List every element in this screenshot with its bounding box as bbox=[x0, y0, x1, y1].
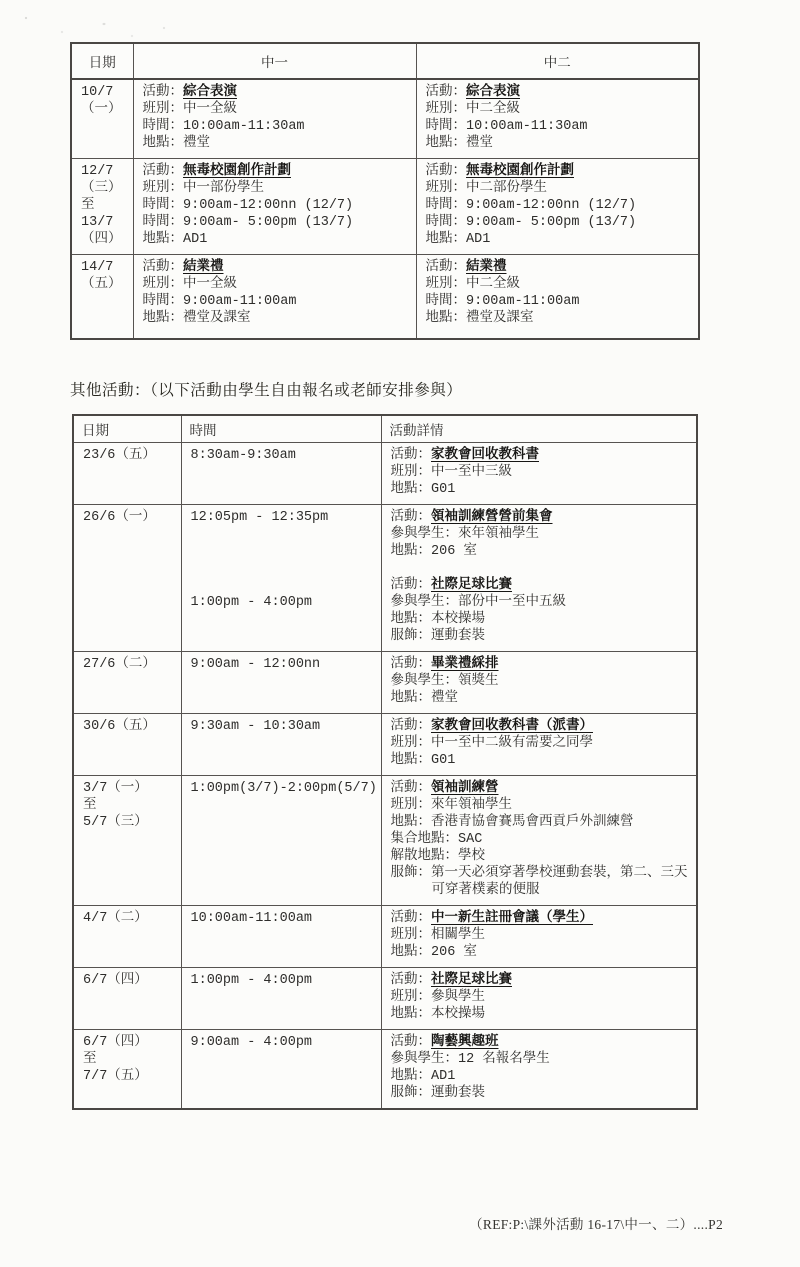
field-label: 地點： bbox=[391, 1007, 432, 1022]
field-line: 班別：中二全級 bbox=[426, 101, 693, 118]
field-label: 服飾： bbox=[391, 1086, 432, 1101]
field-value: 禮堂及課室 bbox=[183, 311, 251, 326]
date-line: 23/6（五） bbox=[83, 447, 175, 464]
activity-title: 領袖訓練營營前集會 bbox=[431, 510, 553, 525]
field-value: 中二全級 bbox=[466, 102, 520, 117]
schedule-row: 14/7 （五） 活動：結業禮 班別：中一全級 時間：9:00am-11:00a… bbox=[71, 255, 699, 339]
field-value: 領獎生 bbox=[458, 674, 499, 689]
activity-title: 家教會回收教科書（派書） bbox=[431, 719, 593, 734]
field-line: 參與學生：12 名報名學生 bbox=[391, 1051, 691, 1068]
field-label: 活動： bbox=[391, 781, 432, 796]
field-line: 地點：本校操場 bbox=[391, 611, 691, 628]
field-line: 服飾：運動套裝 bbox=[391, 1085, 691, 1102]
field-line: 時間：9:00am-12:00nn (12/7) bbox=[426, 197, 693, 214]
activity-title: 無毒校園創作計劃 bbox=[466, 164, 574, 179]
time-line bbox=[191, 543, 375, 560]
field-line: 班別：中一至中二級有需要之同學 bbox=[391, 735, 691, 752]
field-label: 地點： bbox=[391, 945, 432, 960]
date-cell: 30/6（五） bbox=[73, 714, 181, 776]
field-label: 時間： bbox=[426, 215, 467, 230]
time-cell: 9:30am - 10:30am bbox=[181, 714, 381, 776]
date-cell: 12/7 （三） 至 13/7 （四） bbox=[71, 159, 133, 255]
field-line: 時間：9:00am-11:00am bbox=[143, 293, 410, 310]
activity-title: 結業禮 bbox=[183, 260, 224, 275]
field-label: 活動： bbox=[426, 260, 467, 275]
field-line: 班別：中一部份學生 bbox=[143, 180, 410, 197]
header-row: 日期 中一 中二 bbox=[71, 43, 699, 79]
field-label: 班別： bbox=[391, 798, 432, 813]
field-label: 地點： bbox=[391, 482, 432, 497]
field-label: 班別： bbox=[143, 102, 184, 117]
activity-line: 活動：中一新生註冊會議（學生） bbox=[391, 910, 691, 927]
field-label: 時間： bbox=[426, 198, 467, 213]
time-line: 1:00pm - 4:00pm bbox=[191, 972, 375, 989]
field-value: 來年領袖學生 bbox=[458, 527, 539, 542]
header-row: 日期 時間 活動詳情 bbox=[73, 415, 697, 443]
activity-line: 活動：畢業禮綵排 bbox=[391, 656, 691, 673]
details-cell: 活動：家教會回收教科書 班別：中一至中三級 地點：G01 bbox=[381, 443, 697, 505]
activity-line: 活動：綜合表演 bbox=[143, 84, 410, 101]
field-value: 部份中一至中五級 bbox=[458, 595, 566, 610]
schedule-row: 12/7 （三） 至 13/7 （四） 活動：無毒校園創作計劃 班別：中一部份學… bbox=[71, 159, 699, 255]
field-label: 活動： bbox=[391, 1035, 432, 1050]
field-label: 班別： bbox=[391, 465, 432, 480]
field-label: 班別： bbox=[426, 181, 467, 196]
field-line: 地點：AD1 bbox=[391, 1068, 691, 1085]
time-cell: 9:00am - 4:00pm bbox=[181, 1030, 381, 1110]
date-cell: 3/7（一） 至 5/7（三） bbox=[73, 776, 181, 906]
field-label: 活動： bbox=[391, 510, 432, 525]
form2-cell: 活動：結業禮 班別：中二全級 時間：9:00am-11:00am 地點：禮堂及課… bbox=[416, 255, 699, 339]
form1-column-header: 中一 bbox=[133, 43, 416, 79]
activity-title: 中一新生註冊會議（學生） bbox=[431, 911, 593, 926]
activity-line: 活動：領袖訓練營營前集會 bbox=[391, 509, 691, 526]
activity-title: 畢業禮綵排 bbox=[431, 657, 499, 672]
other-activities-heading: 其他活動：（以下活動由學生自由報名或老師安排參與） bbox=[70, 378, 462, 400]
field-label: 活動： bbox=[391, 719, 432, 734]
form2-cell: 活動：無毒校園創作計劃 班別：中二部份學生 時間：9:00am-12:00nn … bbox=[416, 159, 699, 255]
field-value: 來年領袖學生 bbox=[431, 798, 512, 813]
field-value: 運動套裝 bbox=[431, 1086, 485, 1101]
field-label: 班別： bbox=[391, 928, 432, 943]
activity-line: 活動：結業禮 bbox=[143, 259, 410, 276]
field-line: 解散地點：學校 bbox=[391, 848, 691, 865]
field-value: 中一部份學生 bbox=[183, 181, 264, 196]
date-line: 12/7 bbox=[81, 163, 127, 180]
activity-row: 23/6（五） 8:30am-9:30am 活動：家教會回收教科書 班別：中一至… bbox=[73, 443, 697, 505]
field-line: 時間：10:00am-11:30am bbox=[426, 118, 693, 135]
date-cell: 6/7（四） bbox=[73, 968, 181, 1030]
activity-title: 陶藝興趣班 bbox=[431, 1035, 499, 1050]
field-label: 地點： bbox=[391, 612, 432, 627]
time-cell: 10:00am-11:00am bbox=[181, 906, 381, 968]
field-label: 地點： bbox=[426, 232, 467, 247]
activity-line: 活動：綜合表演 bbox=[426, 84, 693, 101]
field-label: 班別： bbox=[391, 736, 432, 751]
field-line: 地點：禮堂及課室 bbox=[426, 310, 693, 327]
activity-title: 社際足球比賽 bbox=[431, 578, 512, 593]
field-value: 相關學生 bbox=[431, 928, 485, 943]
field-label: 活動： bbox=[143, 85, 184, 100]
field-label: 班別： bbox=[143, 277, 184, 292]
field-line: 班別：中二全級 bbox=[426, 276, 693, 293]
date-line: 6/7（四） bbox=[83, 1034, 175, 1051]
date-line: 30/6（五） bbox=[83, 718, 175, 735]
time-cell: 8:30am-9:30am bbox=[181, 443, 381, 505]
time-line: 1:00pm - 4:00pm bbox=[191, 594, 375, 611]
activity-line: 活動：陶藝興趣班 bbox=[391, 1034, 691, 1051]
field-line: 地點：AD1 bbox=[143, 231, 410, 248]
field-label: 活動： bbox=[391, 578, 432, 593]
field-value: 禮堂 bbox=[183, 136, 210, 151]
details-cell: 活動：陶藝興趣班 參與學生：12 名報名學生 地點：AD1 服飾：運動套裝 bbox=[381, 1030, 697, 1110]
field-label: 服飾： bbox=[391, 629, 432, 644]
time-line: 9:00am - 4:00pm bbox=[191, 1034, 375, 1051]
field-label: 時間： bbox=[426, 294, 467, 309]
date-cell: 4/7（二） bbox=[73, 906, 181, 968]
forms-schedule-table: 日期 中一 中二 10/7 （一） 活動：綜合表演 班別：中一全級 時間：10:… bbox=[70, 42, 700, 340]
details-column-header: 活動詳情 bbox=[381, 415, 697, 443]
field-line: 地點：AD1 bbox=[426, 231, 693, 248]
field-value: AD1 bbox=[466, 232, 490, 247]
field-value: 9:00am- 5:00pm (13/7) bbox=[466, 215, 636, 230]
field-label: 服飾： bbox=[391, 866, 432, 881]
date-line: 13/7 bbox=[81, 214, 127, 231]
field-line: 班別：中一至中三級 bbox=[391, 464, 691, 481]
field-label: 活動： bbox=[143, 164, 184, 179]
date-line: （四） bbox=[81, 231, 127, 248]
field-label: 地點： bbox=[391, 1069, 432, 1084]
field-value: 參與學生 bbox=[431, 990, 485, 1005]
other-activities-table: 日期 時間 活動詳情 23/6（五） 8:30am-9:30am 活動：家教會回… bbox=[72, 414, 698, 1110]
date-line: （五） bbox=[81, 276, 127, 293]
field-value: 中一至中二級有需要之同學 bbox=[431, 736, 593, 751]
field-label: 活動： bbox=[391, 973, 432, 988]
activity-title: 綜合表演 bbox=[183, 85, 237, 100]
time-cell: 9:00am - 12:00nn bbox=[181, 652, 381, 714]
field-line: 時間：10:00am-11:30am bbox=[143, 118, 410, 135]
field-value: 香港青協會賽馬會西貢戶外訓練營 bbox=[431, 815, 634, 830]
field-line: 地點：G01 bbox=[391, 481, 691, 498]
details-cell: 活動：領袖訓練營營前集會 參與學生：來年領袖學生 地點：206 室 活動：社際足… bbox=[381, 505, 697, 652]
activity-line: 活動：家教會回收教科書 bbox=[391, 447, 691, 464]
date-line: 14/7 bbox=[81, 259, 127, 276]
date-cell: 23/6（五） bbox=[73, 443, 181, 505]
field-value: 本校操場 bbox=[431, 612, 485, 627]
activity-title: 領袖訓練營 bbox=[431, 781, 499, 796]
activity-line: 活動：家教會回收教科書（派書） bbox=[391, 718, 691, 735]
time-cell: 12:05pm - 12:35pm 1:00pm - 4:00pm bbox=[181, 505, 381, 652]
date-line: 至 bbox=[83, 1051, 175, 1068]
form1-cell: 活動：無毒校園創作計劃 班別：中一部份學生 時間：9:00am-12:00nn … bbox=[133, 159, 416, 255]
field-value: AD1 bbox=[183, 232, 207, 247]
date-line: （一） bbox=[81, 101, 127, 118]
field-label: 班別： bbox=[426, 277, 467, 292]
field-line: 地點：禮堂及課室 bbox=[143, 310, 410, 327]
date-line: 至 bbox=[81, 197, 127, 214]
field-label: 班別： bbox=[143, 181, 184, 196]
date-line: 6/7（四） bbox=[83, 972, 175, 989]
time-line bbox=[191, 560, 375, 577]
activity-title: 家教會回收教科書 bbox=[431, 448, 539, 463]
field-line: 地點：香港青協會賽馬會西貢戶外訓練營 bbox=[391, 814, 691, 831]
field-label: 時間： bbox=[426, 119, 467, 134]
field-label: 活動： bbox=[391, 911, 432, 926]
field-line: 時間：9:00am-11:00am bbox=[426, 293, 693, 310]
field-label: 班別： bbox=[426, 102, 467, 117]
field-label: 參與學生： bbox=[391, 527, 459, 542]
field-label: 班別： bbox=[391, 990, 432, 1005]
activity-line: 活動：結業禮 bbox=[426, 259, 693, 276]
field-label: 集合地點： bbox=[391, 832, 459, 847]
date-line: 10/7 bbox=[81, 84, 127, 101]
field-line: 參與學生：來年領袖學生 bbox=[391, 526, 691, 543]
field-line: 班別：中一全級 bbox=[143, 101, 410, 118]
field-line: 班別：相關學生 bbox=[391, 927, 691, 944]
field-line: 班別：來年領袖學生 bbox=[391, 797, 691, 814]
field-label: 地點： bbox=[143, 136, 184, 151]
date-line: 27/6（二） bbox=[83, 656, 175, 673]
activity-line: 活動：社際足球比賽 bbox=[391, 577, 691, 594]
field-line: 服飾：運動套裝 bbox=[391, 628, 691, 645]
date-cell: 6/7（四） 至 7/7（五） bbox=[73, 1030, 181, 1110]
time-cell: 1:00pm - 4:00pm bbox=[181, 968, 381, 1030]
activity-row: 27/6（二） 9:00am - 12:00nn 活動：畢業禮綵排 參與學生：領… bbox=[73, 652, 697, 714]
field-value: 中一至中三級 bbox=[431, 465, 512, 480]
activity-title: 結業禮 bbox=[466, 260, 507, 275]
field-label: 時間： bbox=[143, 119, 184, 134]
field-line: 地點：206 室 bbox=[391, 944, 691, 961]
form2-cell: 活動：綜合表演 班別：中二全級 時間：10:00am-11:30am 地點：禮堂 bbox=[416, 79, 699, 159]
time-line bbox=[191, 526, 375, 543]
date-line: 5/7（三） bbox=[83, 814, 175, 831]
activity-row: 30/6（五） 9:30am - 10:30am 活動：家教會回收教科書（派書）… bbox=[73, 714, 697, 776]
field-label: 時間： bbox=[143, 215, 184, 230]
field-value: 中一全級 bbox=[183, 277, 237, 292]
field-value: 本校操場 bbox=[431, 1007, 485, 1022]
field-value: 9:00am-11:00am bbox=[183, 294, 296, 309]
field-value: 運動套裝 bbox=[431, 629, 485, 644]
field-value: 206 室 bbox=[431, 945, 477, 960]
time-cell: 1:00pm(3/7)-2:00pm(5/7) bbox=[181, 776, 381, 906]
activity-row: 26/6（一） 12:05pm - 12:35pm 1:00pm - 4:00p… bbox=[73, 505, 697, 652]
field-value: 中二部份學生 bbox=[466, 181, 547, 196]
activity-row: 6/7（四） 1:00pm - 4:00pm 活動：社際足球比賽 班別：參與學生… bbox=[73, 968, 697, 1030]
activity-row: 4/7（二） 10:00am-11:00am 活動：中一新生註冊會議（學生） 班… bbox=[73, 906, 697, 968]
field-line: 服飾：第一天必須穿著學校運動套裝，第二、三天可穿著樸素的便服 bbox=[391, 865, 691, 899]
field-line: 地點：G01 bbox=[391, 752, 691, 769]
time-line: 10:00am-11:00am bbox=[191, 910, 375, 927]
form1-cell: 活動：綜合表演 班別：中一全級 時間：10:00am-11:30am 地點：禮堂 bbox=[133, 79, 416, 159]
field-line: 時間：9:00am-12:00nn (12/7) bbox=[143, 197, 410, 214]
field-label: 參與學生： bbox=[391, 595, 459, 610]
field-label: 時間： bbox=[143, 294, 184, 309]
field-value: 10:00am-11:30am bbox=[183, 119, 305, 134]
date-cell: 27/6（二） bbox=[73, 652, 181, 714]
form2-column-header: 中二 bbox=[416, 43, 699, 79]
field-label: 活動： bbox=[426, 85, 467, 100]
field-value: 禮堂及課室 bbox=[466, 311, 534, 326]
field-label: 地點： bbox=[391, 691, 432, 706]
activity-line: 活動：無毒校園創作計劃 bbox=[143, 163, 410, 180]
date-cell: 26/6（一） bbox=[73, 505, 181, 652]
activity-title: 無毒校園創作計劃 bbox=[183, 164, 291, 179]
field-label: 地點： bbox=[391, 753, 432, 768]
time-line: 1:00pm(3/7)-2:00pm(5/7) bbox=[191, 780, 375, 797]
time-line: 12:05pm - 12:35pm bbox=[191, 509, 375, 526]
date-line: 26/6（一） bbox=[83, 509, 175, 526]
field-label: 地點： bbox=[391, 544, 432, 559]
form1-cell: 活動：結業禮 班別：中一全級 時間：9:00am-11:00am 地點：禮堂及課… bbox=[133, 255, 416, 339]
time-line: 9:00am - 12:00nn bbox=[191, 656, 375, 673]
time-line: 9:30am - 10:30am bbox=[191, 718, 375, 735]
field-line: 班別：參與學生 bbox=[391, 989, 691, 1006]
field-line: 地點：206 室 bbox=[391, 543, 691, 560]
date-cell: 14/7 （五） bbox=[71, 255, 133, 339]
field-line: 時間：9:00am- 5:00pm (13/7) bbox=[426, 214, 693, 231]
field-label: 地點： bbox=[391, 815, 432, 830]
time-line: 8:30am-9:30am bbox=[191, 447, 375, 464]
field-line: 地點：禮堂 bbox=[391, 690, 691, 707]
field-value: G01 bbox=[431, 482, 455, 497]
field-label: 地點： bbox=[143, 232, 184, 247]
field-label: 活動： bbox=[391, 448, 432, 463]
field-line: 集合地點：SAC bbox=[391, 831, 691, 848]
field-label: 地點： bbox=[426, 311, 467, 326]
field-value: 學校 bbox=[458, 849, 485, 864]
field-value: 206 室 bbox=[431, 544, 477, 559]
field-value: G01 bbox=[431, 753, 455, 768]
date-column-header: 日期 bbox=[73, 415, 181, 443]
field-label: 活動： bbox=[391, 657, 432, 672]
field-label: 活動： bbox=[143, 260, 184, 275]
field-line: 地點：本校操場 bbox=[391, 1006, 691, 1023]
field-value: SAC bbox=[458, 832, 482, 847]
date-column-header: 日期 bbox=[71, 43, 133, 79]
field-value: 9:00am-12:00nn (12/7) bbox=[466, 198, 636, 213]
schedule-row: 10/7 （一） 活動：綜合表演 班別：中一全級 時間：10:00am-11:3… bbox=[71, 79, 699, 159]
time-line bbox=[191, 577, 375, 594]
field-value: 中一全級 bbox=[183, 102, 237, 117]
activity-line: 活動：社際足球比賽 bbox=[391, 972, 691, 989]
field-value: 禮堂 bbox=[466, 136, 493, 151]
details-cell: 活動：畢業禮綵排 參與學生：領獎生 地點：禮堂 bbox=[381, 652, 697, 714]
field-value: 禮堂 bbox=[431, 691, 458, 706]
activity-title: 綜合表演 bbox=[466, 85, 520, 100]
field-value: 12 名報名學生 bbox=[458, 1052, 550, 1067]
field-value: AD1 bbox=[431, 1069, 455, 1084]
field-line: 地點：禮堂 bbox=[426, 135, 693, 152]
date-line: （三） bbox=[81, 180, 127, 197]
field-label: 活動： bbox=[426, 164, 467, 179]
field-line: 班別：中一全級 bbox=[143, 276, 410, 293]
date-line: 3/7（一） bbox=[83, 780, 175, 797]
date-cell: 10/7 （一） bbox=[71, 79, 133, 159]
field-label: 參與學生： bbox=[391, 674, 459, 689]
activity-title: 社際足球比賽 bbox=[431, 973, 512, 988]
time-column-header: 時間 bbox=[181, 415, 381, 443]
field-line: 時間：9:00am- 5:00pm (13/7) bbox=[143, 214, 410, 231]
details-cell: 活動：社際足球比賽 班別：參與學生 地點：本校操場 bbox=[381, 968, 697, 1030]
activity-line: 活動：無毒校園創作計劃 bbox=[426, 163, 693, 180]
activity-line: 活動：領袖訓練營 bbox=[391, 780, 691, 797]
field-label: 地點： bbox=[426, 136, 467, 151]
activity-row: 6/7（四） 至 7/7（五） 9:00am - 4:00pm 活動：陶藝興趣班… bbox=[73, 1030, 697, 1110]
field-label: 解散地點： bbox=[391, 849, 459, 864]
field-label: 時間： bbox=[143, 198, 184, 213]
footer-reference: （REF:P:\課外活動 16-17\中一、二）....P2 bbox=[469, 1213, 723, 1233]
field-value: 中二全級 bbox=[466, 277, 520, 292]
field-line: 班別：中二部份學生 bbox=[426, 180, 693, 197]
date-line: 至 bbox=[83, 797, 175, 814]
field-line: 地點：禮堂 bbox=[143, 135, 410, 152]
details-cell: 活動：中一新生註冊會議（學生） 班別：相關學生 地點：206 室 bbox=[381, 906, 697, 968]
details-cell: 活動：領袖訓練營 班別：來年領袖學生 地點：香港青協會賽馬會西貢戶外訓練營 集合… bbox=[381, 776, 697, 906]
blank-line bbox=[391, 560, 691, 577]
field-value: 第一天必須穿著學校運動套裝，第二、三天可穿著樸素的便服 bbox=[431, 866, 688, 898]
field-label: 地點： bbox=[143, 311, 184, 326]
field-label: 參與學生： bbox=[391, 1052, 459, 1067]
field-value: 9:00am-11:00am bbox=[466, 294, 579, 309]
field-value: 10:00am-11:30am bbox=[466, 119, 588, 134]
date-line: 7/7（五） bbox=[83, 1068, 175, 1085]
activity-row: 3/7（一） 至 5/7（三） 1:00pm(3/7)-2:00pm(5/7) … bbox=[73, 776, 697, 906]
field-line: 參與學生：領獎生 bbox=[391, 673, 691, 690]
field-value: 9:00am-12:00nn (12/7) bbox=[183, 198, 353, 213]
details-cell: 活動：家教會回收教科書（派書） 班別：中一至中二級有需要之同學 地點：G01 bbox=[381, 714, 697, 776]
field-line: 參與學生：部份中一至中五級 bbox=[391, 594, 691, 611]
field-value: 9:00am- 5:00pm (13/7) bbox=[183, 215, 353, 230]
date-line: 4/7（二） bbox=[83, 910, 175, 927]
